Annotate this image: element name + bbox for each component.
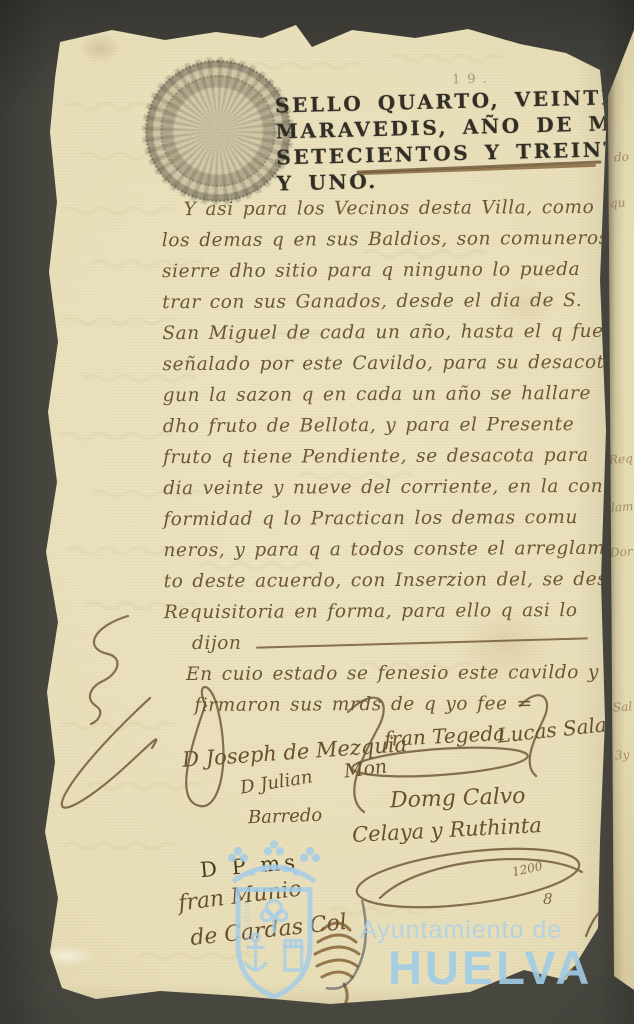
manuscript-line: to deste acuerdo, con Inserzion del, se … bbox=[164, 564, 614, 597]
manuscript-body: Y asi para los Vecinos desta Villa, como… bbox=[162, 192, 615, 721]
next-page-text-fragment: 3y bbox=[615, 748, 630, 763]
margin-amount: 1200 bbox=[511, 859, 544, 879]
next-page-text-fragment: Dor bbox=[610, 544, 634, 560]
manuscript-line: neros, y para q a todos conste el arregl… bbox=[163, 533, 613, 566]
manuscript-line: Y asi para los Vecinos desta Villa, como bbox=[184, 192, 612, 225]
next-page-text-fragment: Req bbox=[609, 451, 634, 467]
signature: Barredo bbox=[248, 805, 323, 829]
next-page-text-fragment: do bbox=[614, 149, 630, 164]
signature: Domg Calvo bbox=[390, 784, 526, 814]
manuscript-line: formidad q lo Practican los demas comu bbox=[163, 502, 613, 535]
manuscript-line: San Miguel de cada un año, hasta el q fu… bbox=[162, 316, 612, 349]
scanned-manuscript-photo: { "stamp": { "heading_lines": [ "SELLO Q… bbox=[0, 0, 634, 1024]
margin-figure: 8 bbox=[543, 890, 553, 908]
signature: de Cardas Col bbox=[189, 910, 348, 951]
signature: Celaya y Ruthinta bbox=[352, 813, 543, 847]
next-page-text-fragment: Sal bbox=[613, 699, 633, 714]
manuscript-line: señalado por este Cavildo, para su desac… bbox=[162, 347, 612, 380]
manuscript-line: sierre dho sitio para q ninguno lo pueda bbox=[162, 254, 612, 287]
tax-stamp-heading: SELLO QUARTO, VEINTE MARAVEDIS, AÑO DE M… bbox=[275, 84, 634, 197]
signature: fran Tegeda bbox=[383, 721, 505, 751]
manuscript-line: fruto q tiene Pendiente, se desacota par… bbox=[163, 440, 613, 473]
manuscript-line: trar con sus Ganados, desde el dia de S. bbox=[162, 285, 612, 318]
manuscript-sheet: SELLO QUARTO, VEINTE MARAVEDIS, AÑO DE M… bbox=[0, 0, 634, 1024]
signature: fran Munio bbox=[177, 877, 303, 917]
faint-stamp-fragment: 19. bbox=[452, 72, 494, 88]
manuscript-line: gun la sazon q en cada un año se hallare bbox=[163, 378, 613, 411]
next-page-text-fragment: qu bbox=[610, 195, 626, 210]
manuscript-line: dia veinte y nueve del corriente, en la … bbox=[163, 471, 613, 504]
manuscript-line: Requisitoria en forma, para ello q asi l… bbox=[164, 595, 614, 628]
manuscript-line: En cuio estado se fenesio este cavildo y bbox=[186, 657, 614, 690]
signature: Mon bbox=[343, 755, 389, 782]
next-page-text-fragment: lam bbox=[611, 499, 634, 515]
manuscript-line: dho fruto de Bellota, y para el Presente bbox=[163, 409, 613, 442]
official-round-seal bbox=[142, 57, 294, 205]
signature: D Julian bbox=[239, 766, 314, 798]
manuscript-line: los demas q en sus Baldios, son comunero… bbox=[162, 223, 612, 256]
manuscript-line: firmaron sus mrds de q yo fee = bbox=[194, 688, 614, 721]
